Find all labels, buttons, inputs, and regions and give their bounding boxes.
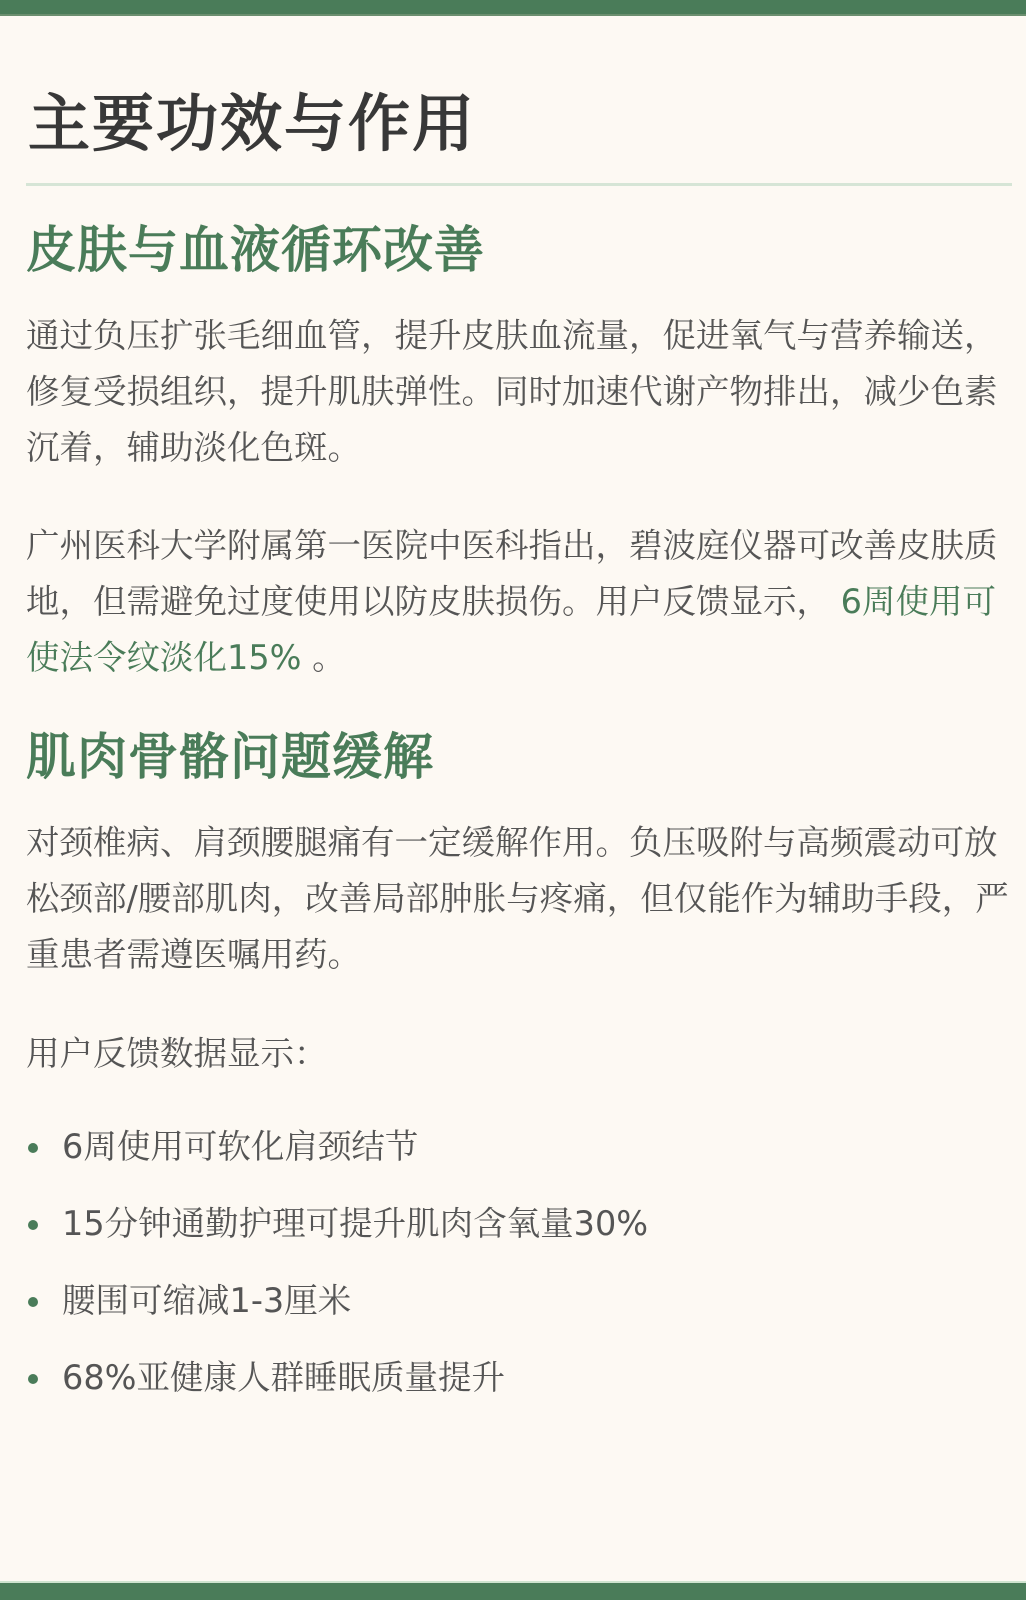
list-item-text: 15分钟通勤护理可提升肌肉含氧量30% <box>62 1204 648 1243</box>
list-item: 15分钟通勤护理可提升肌肉含氧量30% <box>26 1194 648 1271</box>
paragraph-feedback-intro: 用户反馈数据显示： <box>26 1026 1016 1082</box>
list-item-text: 6周使用可软化肩颈结节 <box>62 1127 418 1166</box>
section-heading-musculoskeletal: 肌肉骨骼问题缓解 <box>26 727 434 787</box>
list-item-text: 腰围可缩减1-3厘米 <box>62 1281 351 1320</box>
bullet-dot-icon <box>28 1220 38 1230</box>
bullet-dot-icon <box>28 1297 38 1307</box>
list-item: 68%亚健康人群睡眠质量提升 <box>26 1348 648 1425</box>
feedback-bullet-list: 6周使用可软化肩颈结节 15分钟通勤护理可提升肌肉含氧量30% 腰围可缩减1-3… <box>26 1117 648 1425</box>
list-item: 6周使用可软化肩颈结节 <box>26 1117 648 1194</box>
paragraph-musculoskeletal-relief: 对颈椎病、肩颈腰腿痛有一定缓解作用。负压吸附与高频震动可放松颈部/腰部肌肉，改善… <box>26 815 1016 983</box>
title-divider <box>26 183 1012 186</box>
bullet-dot-icon <box>28 1374 38 1384</box>
paragraph-skin-mechanism: 通过负压扩张毛细血管，提升皮肤血流量，促进氧气与营养输送，修复受损组织，提升肌肤… <box>26 308 1016 476</box>
list-item-text: 68%亚健康人群睡眠质量提升 <box>62 1358 505 1397</box>
paragraph-hospital-feedback: 广州医科大学附属第一医院中医科指出，碧波庭仪器可改善皮肤质地，但需避免过度使用以… <box>26 518 1016 686</box>
bottom-accent-bar <box>0 1581 1026 1600</box>
page-title: 主要功效与作用 <box>28 88 476 160</box>
list-item: 腰围可缩减1-3厘米 <box>26 1271 648 1348</box>
bullet-dot-icon <box>28 1143 38 1153</box>
top-accent-bar <box>0 0 1026 16</box>
section-heading-skin-circulation: 皮肤与血液循环改善 <box>26 220 485 280</box>
paragraph-text-end: 。 <box>312 638 346 677</box>
